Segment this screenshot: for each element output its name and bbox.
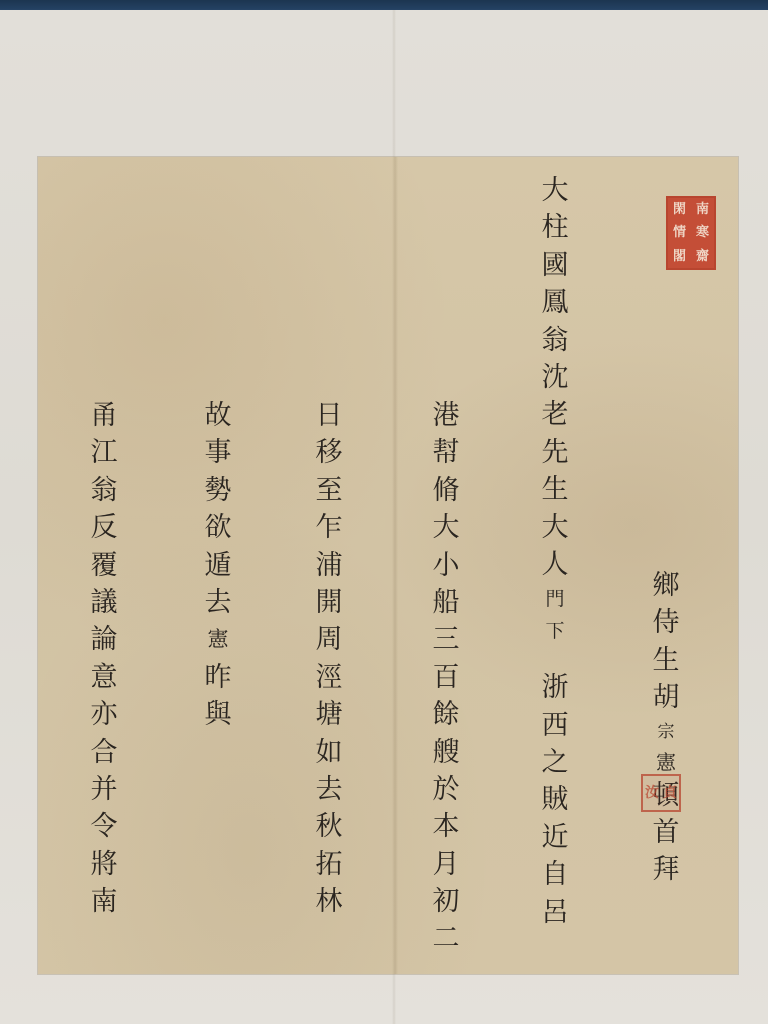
- char: 先: [542, 434, 569, 471]
- char: 首: [653, 814, 680, 851]
- seal-char: 情: [673, 226, 686, 239]
- char: 勢: [205, 472, 232, 509]
- char: 小: [433, 547, 460, 584]
- char: 秋: [316, 808, 343, 845]
- char: 沈: [542, 359, 569, 396]
- char: 侍: [653, 604, 680, 641]
- char: 南: [91, 883, 118, 920]
- char: 大: [433, 509, 460, 546]
- char: 西: [542, 707, 569, 744]
- char: 胡: [653, 679, 680, 716]
- char: 令: [91, 808, 118, 845]
- char: 并: [91, 771, 118, 808]
- letter-paper: 閑 情 閣 南 寒 齋 鄉 侍 生 胡 宗 憲 頓 首 拜 汝 貞 大 柱 國 …: [38, 157, 738, 974]
- char: 去: [316, 771, 343, 808]
- char: 亦: [91, 696, 118, 733]
- column-4: 日 移 至 乍 浦 開 周 涇 塘 如 去 秋 拓 林: [309, 397, 349, 920]
- char: 於: [433, 771, 460, 808]
- char: 鳳: [542, 284, 569, 321]
- char: 二: [433, 920, 460, 957]
- char: 宗: [658, 717, 675, 747]
- column-6: 甬 江 翁 反 覆 議 論 意 亦 合 并 令 將 南: [84, 397, 124, 920]
- char: 江: [91, 434, 118, 471]
- char: 議: [91, 584, 118, 621]
- char: 人: [542, 546, 569, 583]
- char: 甬: [91, 397, 118, 434]
- char: 塘: [316, 696, 343, 733]
- seal-char: 寒: [696, 226, 709, 239]
- char: 涇: [316, 659, 343, 696]
- char: 覆: [91, 547, 118, 584]
- column-sender: 鄉 侍 生 胡 宗 憲 頓 首 拜: [646, 567, 686, 889]
- column-3: 港 幇 脩 大 小 船 三 百 餘 艘 於 本 月 初 二: [426, 397, 466, 958]
- char: 事: [205, 434, 232, 471]
- char: 下: [545, 615, 564, 647]
- char: 翁: [542, 322, 569, 359]
- seal-char: 汝: [645, 786, 659, 800]
- seal-char: 閣: [673, 250, 686, 263]
- char: 反: [91, 509, 118, 546]
- char: 昨: [205, 659, 232, 696]
- char: 船: [433, 584, 460, 621]
- char: 港: [433, 397, 460, 434]
- char: 賊: [542, 781, 569, 818]
- char: 日: [316, 397, 343, 434]
- char: 合: [91, 734, 118, 771]
- char: 之: [542, 744, 569, 781]
- char: 意: [91, 659, 118, 696]
- char: 至: [316, 472, 343, 509]
- char: 幇: [433, 434, 460, 471]
- char: 老: [542, 396, 569, 433]
- char: 論: [91, 621, 118, 658]
- char: 開: [316, 584, 343, 621]
- paper-center-fold: [392, 157, 398, 974]
- seal-char: 南: [696, 203, 709, 216]
- char: 林: [316, 883, 343, 920]
- char: 憲: [208, 621, 229, 658]
- char: 周: [316, 621, 343, 658]
- char: 初: [433, 883, 460, 920]
- name-seal: 汝 貞: [641, 774, 681, 812]
- char: 與: [205, 696, 232, 733]
- seal-char: 齋: [696, 250, 709, 263]
- char: 拜: [653, 851, 680, 888]
- char: 乍: [316, 509, 343, 546]
- collector-seal: 閑 情 閣 南 寒 齋: [666, 196, 716, 270]
- char: 大: [542, 509, 569, 546]
- char: 自: [542, 856, 569, 893]
- char: 如: [316, 734, 343, 771]
- char: 遁: [205, 547, 232, 584]
- char: 月: [433, 846, 460, 883]
- char: 艘: [433, 734, 460, 771]
- char: 生: [653, 642, 680, 679]
- char: 將: [91, 846, 118, 883]
- char: 國: [542, 247, 569, 284]
- char: 拓: [316, 846, 343, 883]
- seal-char: 貞: [663, 786, 677, 800]
- char: 鄉: [653, 567, 680, 604]
- char: 門: [545, 583, 564, 615]
- char: 近: [542, 819, 569, 856]
- char: 生: [542, 471, 569, 508]
- char: 故: [205, 397, 232, 434]
- char: 呂: [542, 894, 569, 931]
- column-address: 大 柱 國 鳳 翁 沈 老 先 生 大 人 門 下 浙 西 之 賊 近 自 呂: [535, 172, 575, 931]
- char: 餘: [433, 696, 460, 733]
- seal-char: 閑: [673, 203, 686, 216]
- char: 去: [205, 584, 232, 621]
- char: 本: [433, 808, 460, 845]
- char: 大: [542, 172, 569, 209]
- char: 憲: [656, 747, 676, 777]
- char: 脩: [433, 472, 460, 509]
- char: 百: [433, 659, 460, 696]
- char: 浦: [316, 547, 343, 584]
- char: 翁: [91, 472, 118, 509]
- char: 移: [316, 434, 343, 471]
- char: 浙: [542, 669, 569, 706]
- column-5: 故 事 勢 欲 遁 去 憲 昨 與: [198, 397, 238, 734]
- char: 柱: [542, 209, 569, 246]
- char: 欲: [205, 509, 232, 546]
- char: 三: [433, 621, 460, 658]
